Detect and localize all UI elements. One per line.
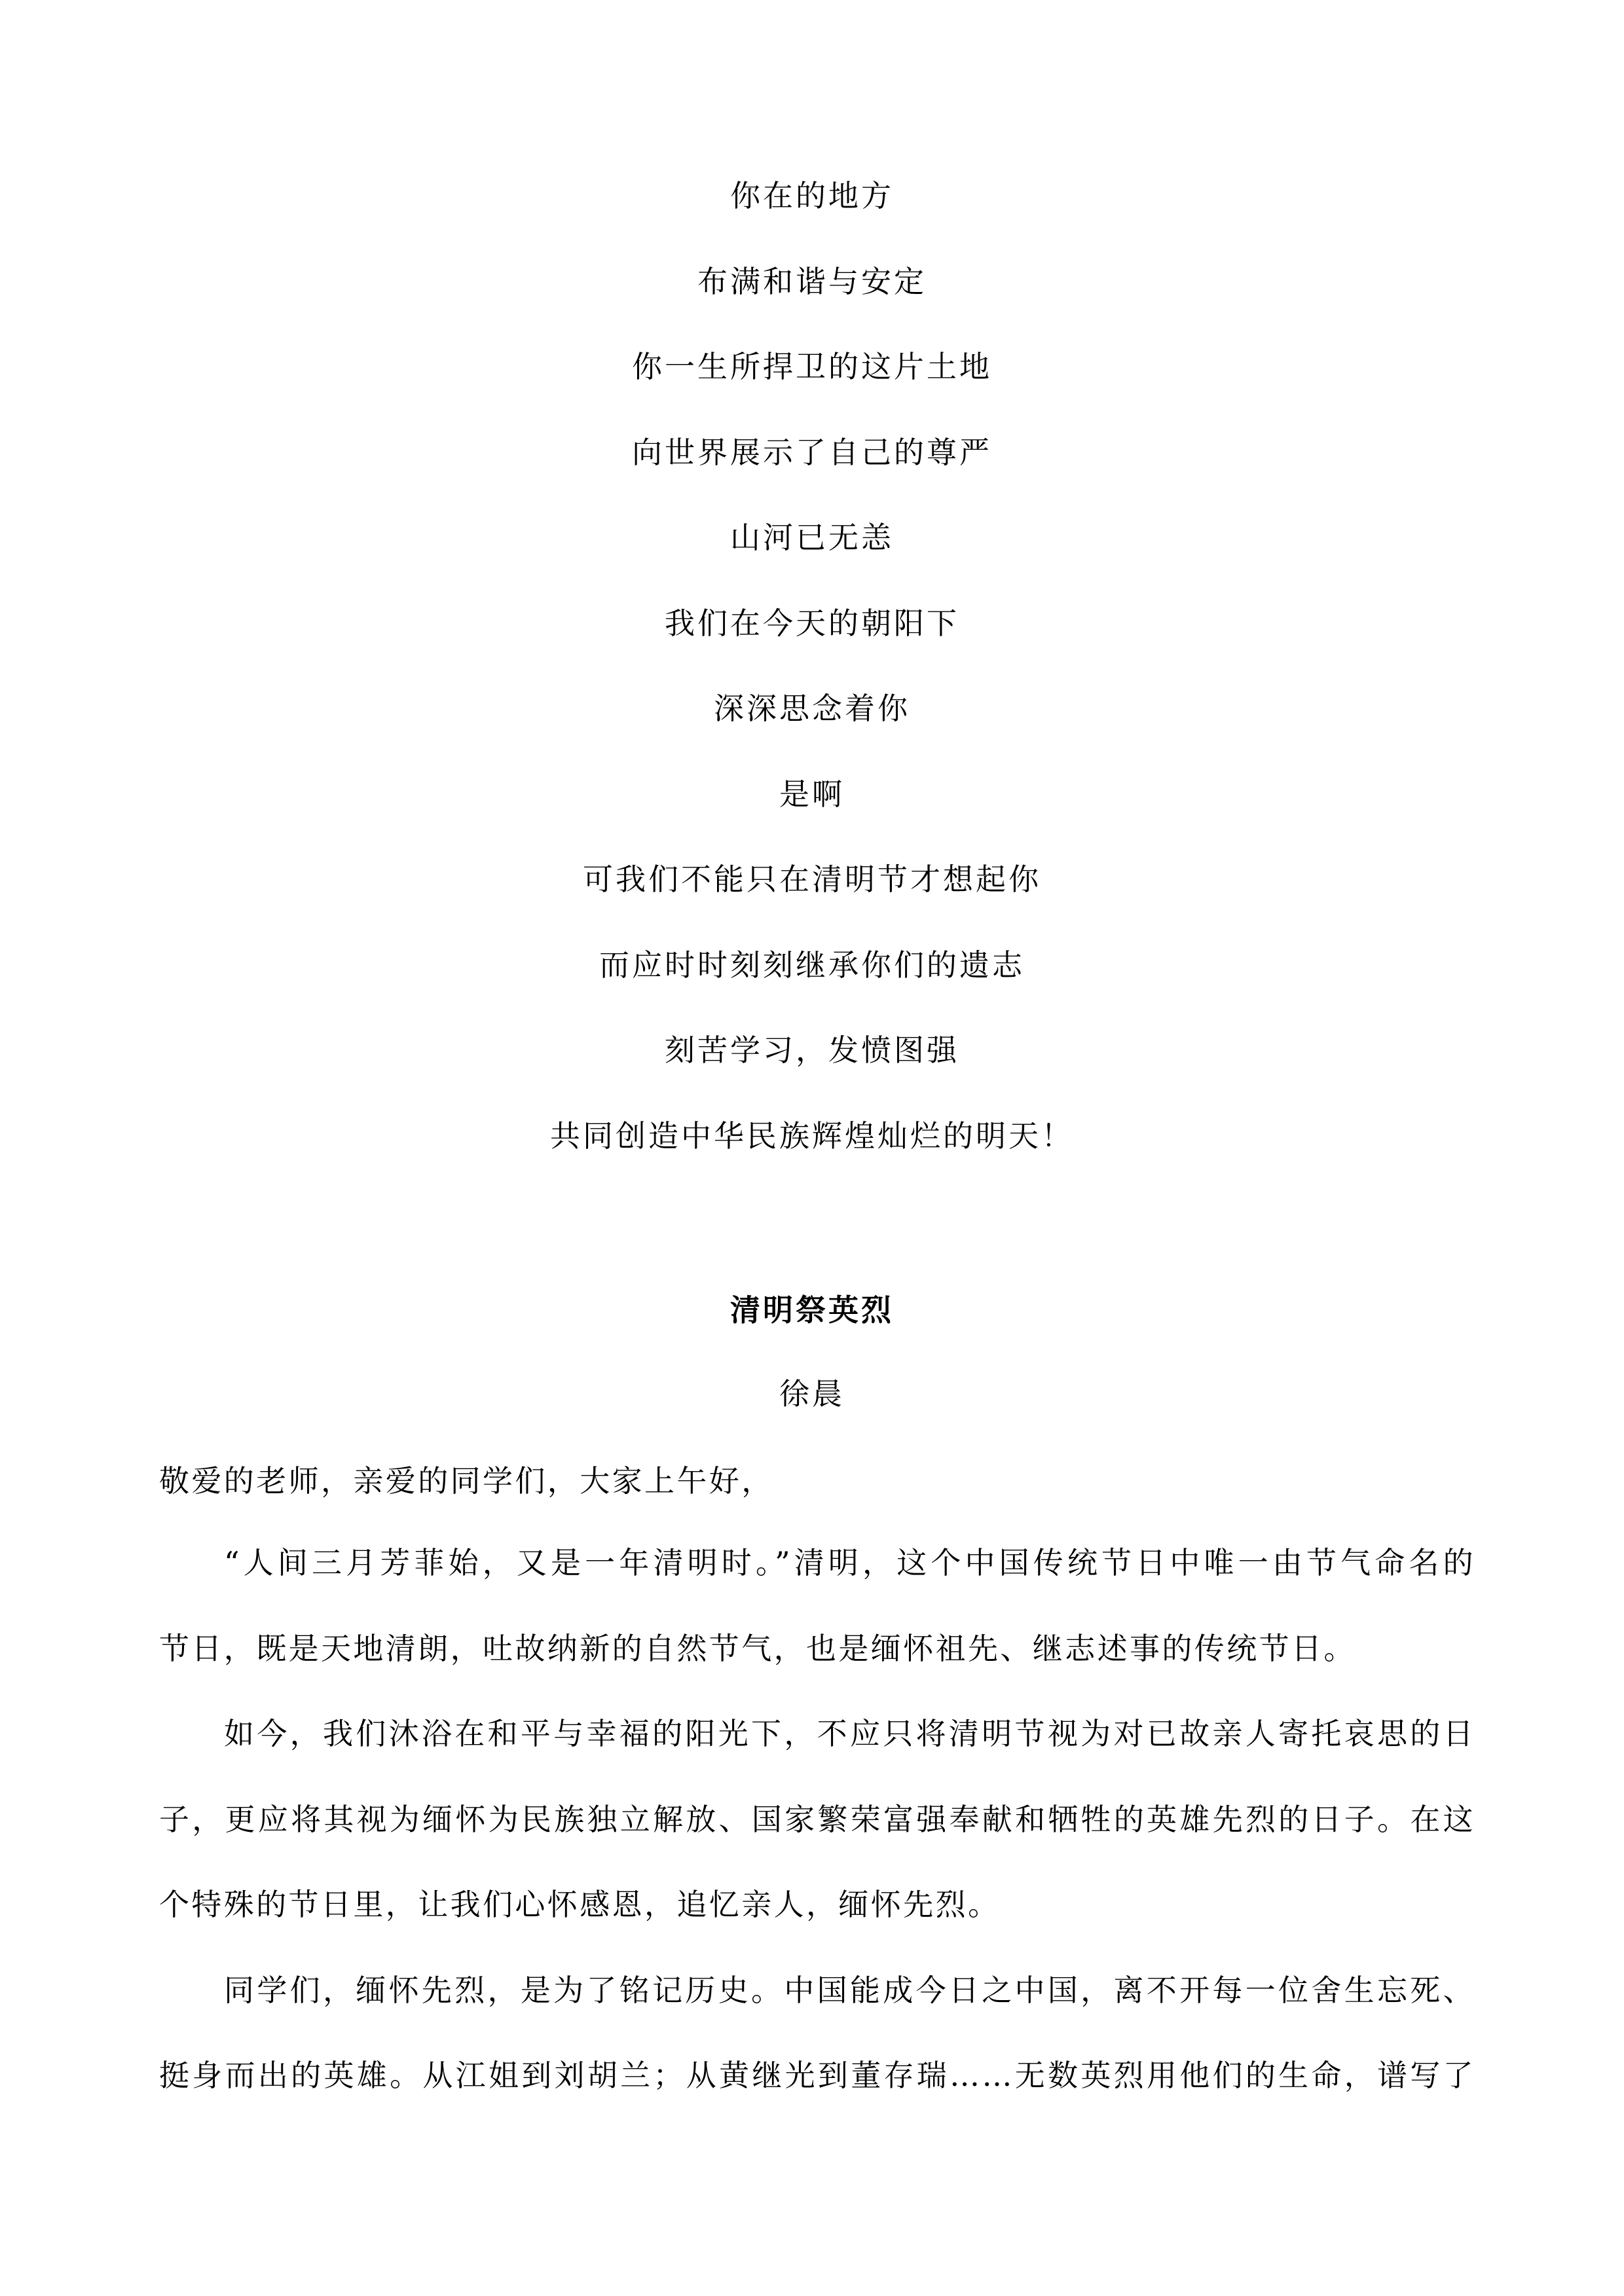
paragraph-line: 节日，既是天地清朗，吐故纳新的自然节气，也是缅怀祖先、继志述事的传统节日。 <box>159 1629 1475 1668</box>
greeting-line: 敬爱的老师，亲爱的同学们，大家上午好， <box>159 1461 1475 1501</box>
document-page: 你在的地方 布满和谐与安定 你一生所捍卫的这片土地 向世界展示了自己的尊严 山河… <box>0 0 1624 2296</box>
article-author: 徐晨 <box>0 1374 1624 1413</box>
paragraph-line: 挺身而出的英雄。从江姐到刘胡兰；从黄继光到董存瑞……无数英烈用他们的生命，谱写了 <box>159 2056 1475 2095</box>
paragraph-line: 如今，我们沐浴在和平与幸福的阳光下，不应只将清明节视为对已故亲人寄托哀思的日 <box>159 1714 1475 1753</box>
poem-line: 布满和谐与安定 <box>0 262 1624 301</box>
paragraph-line: 同学们，缅怀先烈，是为了铭记历史。中国能成今日之中国，离不开每一位舍生忘死、 <box>159 1971 1475 2010</box>
poem-line: 你在的地方 <box>0 176 1624 215</box>
poem-line: 共同创造中华民族辉煌灿烂的明天！ <box>0 1116 1624 1156</box>
poem-line: 是啊 <box>0 774 1624 814</box>
article-title: 清明祭英烈 <box>0 1290 1624 1330</box>
paragraph-line: “人间三月芳菲始，又是一年清明时。”清明，这个中国传统节日中唯一由节气命名的 <box>159 1543 1475 1582</box>
poem-line: 可我们不能只在清明节才想起你 <box>0 860 1624 899</box>
poem-line: 向世界展示了自己的尊严 <box>0 433 1624 472</box>
poem-line: 我们在今天的朝阳下 <box>0 604 1624 643</box>
paragraph-line: 子，更应将其视为缅怀为民族独立解放、国家繁荣富强奉献和牺牲的英雄先烈的日子。在这 <box>159 1800 1475 1839</box>
poem-line: 深深思念着你 <box>0 689 1624 728</box>
poem-line: 刻苦学习，发愤图强 <box>0 1030 1624 1070</box>
poem-line: 你一生所捍卫的这片土地 <box>0 347 1624 386</box>
poem-line: 而应时时刻刻继承你们的遗志 <box>0 945 1624 985</box>
paragraph-line: 个特殊的节日里，让我们心怀感恩，追忆亲人，缅怀先烈。 <box>159 1885 1475 1924</box>
poem-line: 山河已无恙 <box>0 518 1624 557</box>
